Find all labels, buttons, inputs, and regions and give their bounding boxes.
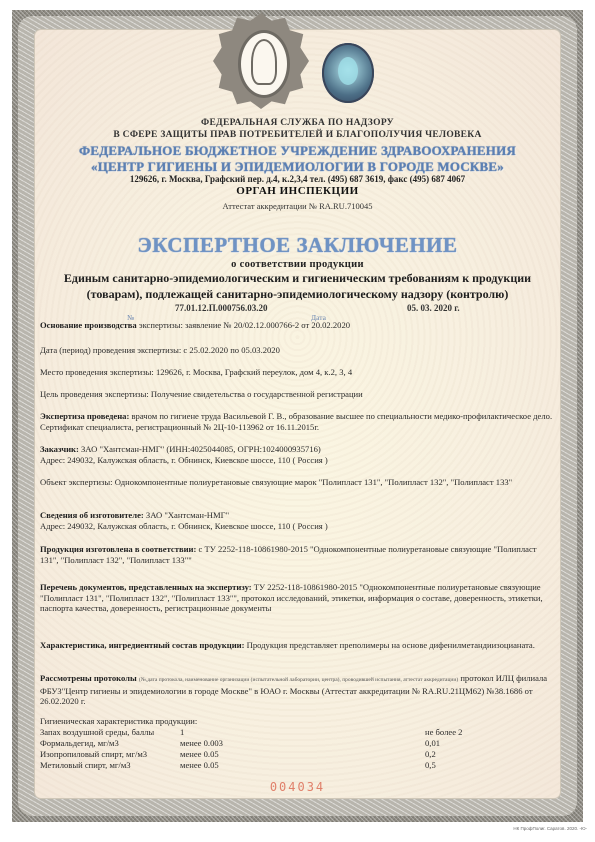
field-basis: Основание производства экспертизы: заявл…: [40, 320, 350, 331]
documents-label: Перечень документов, представленных на э…: [40, 582, 252, 592]
customer-value: ЗАО "Хантсман-НМГ" (ИНН:4025044085, ОГРН…: [81, 444, 321, 454]
hologram-center: [338, 57, 358, 85]
field-period: Дата (период) проведения экспертизы: с 2…: [40, 345, 280, 356]
hygiene-parameter: Запах воздушной среды, баллы: [40, 727, 154, 737]
field-protocols: Рассмотрены протоколы (№,дата протокола,…: [40, 673, 555, 707]
customer-label: Заказчик:: [40, 444, 79, 454]
organ-heading: ОРГАН ИНСПЕКЦИИ: [0, 185, 595, 197]
serial-number: 004034: [0, 780, 595, 794]
requirement-line-2: (товарам), подлежащей санитарно-эпидемио…: [0, 287, 595, 302]
basis-label-rest: экспертизы: заявление №: [139, 320, 232, 330]
protocols-label: Рассмотрены протоколы: [40, 673, 137, 683]
institution-line-2: «ЦЕНТР ГИГИЕНЫ И ЭПИДЕМИОЛОГИИ В ГОРОДЕ …: [0, 159, 595, 175]
document-subtitle: о соответствии продукции: [0, 259, 595, 270]
hygiene-row: Запах воздушной среды, баллы 1 не более …: [40, 727, 560, 738]
basis-value: 20/02.12.000766-2 от 20.02.2020: [234, 320, 350, 330]
field-produced-per: Продукция изготовлена в соответствии: с …: [40, 544, 555, 565]
hygiene-parameter: Формальдегид, мг/м3: [40, 738, 119, 748]
field-expert: Экспертиза проведена: врачом по гигиене …: [40, 411, 555, 432]
manufacturer-address: Адрес: 249032, Калужская область, г. Обн…: [40, 521, 555, 532]
purpose-value: Получение свидетельства о государственно…: [151, 389, 363, 399]
hygiene-result: менее 0.003: [180, 738, 223, 748]
institution-address: 129626, г. Москва, Графский пер. д.4, к.…: [0, 174, 595, 184]
manufacturer-value: ЗАО "Хантсман-НМГ": [146, 510, 229, 520]
hygiene-result: менее 0.05: [180, 749, 219, 759]
period-value: с 25.02.2020 по 05.03.2020: [183, 345, 280, 355]
hygiene-heading: Гигиеническая характеристика продукции:: [40, 716, 197, 727]
sanitary-emblem-icon: [213, 13, 309, 109]
field-object: Объект экспертизы: Однокомпонентные поли…: [40, 477, 555, 488]
hygiene-norm: 0,5: [425, 760, 436, 770]
field-purpose: Цель проведения экспертизы: Получение св…: [40, 389, 363, 400]
manufacturer-label: Сведения об изготовителе:: [40, 510, 144, 520]
hygiene-parameter: Метиловый спирт, мг/м3: [40, 760, 131, 770]
produced-per-label: Продукция изготовлена в соответствии:: [40, 544, 196, 554]
object-label: Объект экспертизы:: [40, 477, 113, 487]
place-label: Место проведения экспертизы:: [40, 367, 154, 377]
field-place: Место проведения экспертизы: 129626, г. …: [40, 367, 352, 378]
basis-label: Основание производства: [40, 320, 137, 330]
field-manufacturer: Сведения об изготовителе: ЗАО "Хантсман-…: [40, 510, 555, 531]
protocols-note: (№,дата протокола, наименование организа…: [139, 677, 458, 683]
emblem-figure-icon: [251, 39, 277, 85]
institution-line-1: ФЕДЕРАЛЬНОЕ БЮДЖЕТНОЕ УЧРЕЖДЕНИЕ ЗДРАВОО…: [0, 143, 595, 159]
hygiene-row: Формальдегид, мг/м3 менее 0.003 0,01: [40, 738, 560, 749]
document-title: ЭКСПЕРТНОЕ ЗАКЛЮЧЕНИЕ: [0, 233, 595, 258]
field-customer: Заказчик: ЗАО "Хантсман-НМГ" (ИНН:402504…: [40, 444, 555, 465]
hygiene-row: Изопропиловый спирт, мг/м3 менее 0.05 0,…: [40, 749, 560, 760]
hygiene-result: менее 0.05: [180, 760, 219, 770]
accreditation-number: Аттестат аккредитации № RA.RU.710045: [0, 201, 595, 211]
purpose-label: Цель проведения экспертизы:: [40, 389, 149, 399]
hygiene-result: 1: [180, 727, 184, 737]
hologram-seal-icon: [322, 43, 374, 103]
hygiene-parameter: Изопропиловый спирт, мг/м3: [40, 749, 147, 759]
agency-line-1: ФЕДЕРАЛЬНАЯ СЛУЖБА ПО НАДЗОРУ: [0, 118, 595, 128]
period-label: Дата (период) проведения экспертизы:: [40, 345, 181, 355]
requirement-line-1: Единым санитарно-эпидемиологическим и ги…: [0, 271, 595, 286]
hygiene-row: Метиловый спирт, мг/м3 менее 0.05 0,5: [40, 760, 560, 771]
hygiene-norm: 0,2: [425, 749, 436, 759]
expert-label: Экспертиза проведена:: [40, 411, 129, 421]
place-value: 129626, г. Москва, Графский переулок, до…: [156, 367, 352, 377]
composition-value: Продукция представляет преполимеры на ос…: [247, 640, 535, 650]
hygiene-norm: не более 2: [425, 727, 462, 737]
field-documents: Перечень документов, представленных на э…: [40, 582, 555, 614]
hygiene-norm: 0,01: [425, 738, 440, 748]
composition-label: Характеристика, ингредиентный состав про…: [40, 640, 244, 650]
registration-date: 05. 03. 2020 г.: [407, 303, 460, 313]
printer-note: НК ПрофПолиг. Саратов. 2020. -Ю-: [513, 826, 587, 831]
customer-address: Адрес: 249032, Калужская область, г. Обн…: [40, 455, 555, 466]
field-composition: Характеристика, ингредиентный состав про…: [40, 640, 555, 651]
object-value: Однокомпонентные полиуретановые связующи…: [115, 477, 512, 487]
registration-number: 77.01.12.П.000756.03.20: [175, 303, 268, 313]
agency-line-2: В СФЕРЕ ЗАЩИТЫ ПРАВ ПОТРЕБИТЕЛЕЙ И БЛАГО…: [0, 130, 595, 140]
